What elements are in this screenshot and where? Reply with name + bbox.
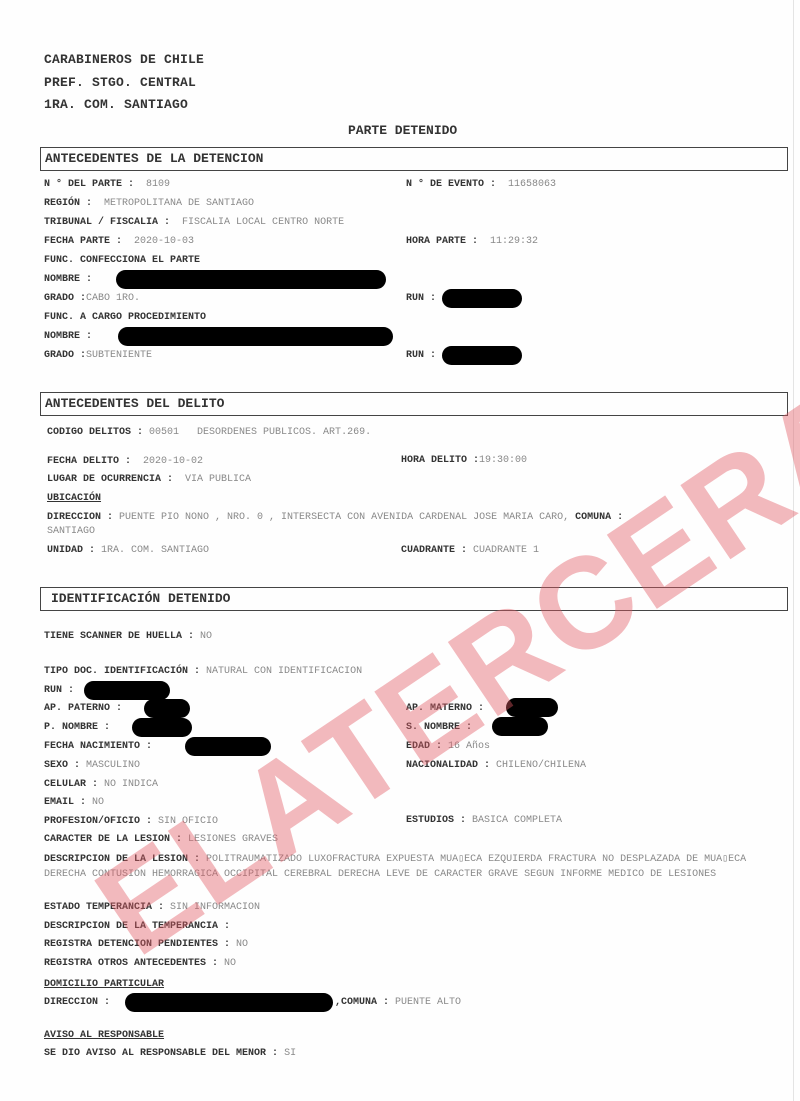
field-descripcion-lesion: DESCRIPCION DE LA LESION : POLITRAUMATIZ… xyxy=(44,853,766,882)
label: FECHA DELITO : xyxy=(47,456,131,467)
field-cuadrante: CUADRANTE : CUADRANTE 1 xyxy=(401,545,539,557)
field-registra-otros: REGISTRA OTROS ANTECEDENTES : NO xyxy=(44,958,236,970)
label-run-1: RUN : xyxy=(406,293,436,305)
label: HORA PARTE : xyxy=(406,236,478,247)
label-run-detenido: RUN : xyxy=(44,685,74,697)
value: 2020-10-03 xyxy=(134,236,194,247)
field-aviso-responsable: SE DIO AVISO AL RESPONSABLE DEL MENOR : … xyxy=(44,1048,296,1060)
redaction-bar xyxy=(118,327,393,346)
section-header-detenido: IDENTIFICACIÓN DETENIDO xyxy=(40,587,788,611)
page-edge xyxy=(793,0,794,1101)
label: COMUNA : xyxy=(575,512,623,523)
header-commissary: 1RA. COM. SANTIAGO xyxy=(44,97,188,112)
header-prefecture: PREF. STGO. CENTRAL xyxy=(44,75,196,90)
label: ESTADO TEMPERANCIA : xyxy=(44,902,164,913)
value: BASICA COMPLETA xyxy=(472,815,562,826)
field-estado-temperancia: ESTADO TEMPERANCIA : SIN INFORMACION xyxy=(44,902,260,914)
value: SUBTENIENTE xyxy=(86,350,152,361)
label: ,COMUNA : xyxy=(335,997,389,1008)
subheading-func-cargo: FUNC. A CARGO PROCEDIMIENTO xyxy=(44,312,206,324)
redaction-bar xyxy=(506,698,558,717)
label: CARACTER DE LA LESION : xyxy=(44,834,182,845)
field-celular: CELULAR : NO INDICA xyxy=(44,779,158,791)
value: SIN OFICIO xyxy=(158,816,218,827)
value-comuna: SANTIAGO xyxy=(47,526,95,538)
value: CABO 1RO. xyxy=(86,293,140,304)
field-fecha-parte: FECHA PARTE : 2020-10-03 xyxy=(44,236,194,248)
label-dom-direccion: DIRECCION : xyxy=(44,997,110,1009)
label: GRADO : xyxy=(44,350,86,361)
redaction-bar xyxy=(442,289,522,308)
field-direccion: DIRECCION : PUENTE PIO NONO , NRO. 0 , I… xyxy=(47,512,623,524)
label: N ° DEL PARTE : xyxy=(44,179,134,190)
value: 16 Años xyxy=(448,741,490,752)
field-dom-comuna: ,COMUNA : PUENTE ALTO xyxy=(335,997,461,1009)
value: 1RA. COM. SANTIAGO xyxy=(101,545,209,556)
header-institution: CARABINEROS DE CHILE xyxy=(44,52,204,67)
label-s-nombre: S. NOMBRE : xyxy=(406,722,472,734)
redaction-bar xyxy=(492,717,548,736)
value: CHILENO/CHILENA xyxy=(496,760,586,771)
label: TIENE SCANNER DE HUELLA : xyxy=(44,631,194,642)
field-tribunal: TRIBUNAL / FISCALIA : FISCALIA LOCAL CEN… xyxy=(44,217,344,229)
label: ESTUDIOS : xyxy=(406,815,466,826)
label: SEXO : xyxy=(44,760,80,771)
value: 19:30:00 xyxy=(479,455,527,466)
redaction-bar xyxy=(144,699,190,718)
label-nombre-2: NOMBRE : xyxy=(44,331,92,343)
field-hora-parte: HORA PARTE : 11:29:32 xyxy=(406,236,538,248)
label: REGISTRA OTROS ANTECEDENTES : xyxy=(44,958,218,969)
label: TRIBUNAL / FISCALIA : xyxy=(44,217,170,228)
label-nombre-1: NOMBRE : xyxy=(44,274,92,286)
label-p-nombre: P. NOMBRE : xyxy=(44,722,110,734)
section-header-delito: ANTECEDENTES DEL DELITO xyxy=(40,392,788,416)
field-registra-detencion: REGISTRA DETENCION PENDIENTES : NO xyxy=(44,939,248,951)
value: SI xyxy=(284,1048,296,1059)
redaction-bar xyxy=(125,993,333,1012)
label: LUGAR DE OCURRENCIA : xyxy=(47,474,173,485)
redaction-bar xyxy=(132,718,192,737)
value: 00501 DESORDENES PUBLICOS. ART.269. xyxy=(149,427,371,438)
label: REGIÓN : xyxy=(44,198,92,209)
label: UNIDAD : xyxy=(47,545,95,556)
label: EMAIL : xyxy=(44,797,86,808)
label-ap-materno: AP. MATERNO : xyxy=(406,703,484,715)
label: DIRECCION : xyxy=(47,512,113,523)
redaction-bar xyxy=(442,346,522,365)
field-estudios: ESTUDIOS : BASICA COMPLETA xyxy=(406,815,562,827)
subheading-domicilio: DOMICILIO PARTICULAR xyxy=(44,979,164,991)
field-unidad: UNIDAD : 1RA. COM. SANTIAGO xyxy=(47,545,209,557)
label: NACIONALIDAD : xyxy=(406,760,490,771)
label: REGISTRA DETENCION PENDIENTES : xyxy=(44,939,230,950)
section-header-detencion: ANTECEDENTES DE LA DETENCION xyxy=(40,147,788,171)
subheading-ubicacion: UBICACIÓN xyxy=(47,493,101,505)
value: VIA PUBLICA xyxy=(185,474,251,485)
label: EDAD : xyxy=(406,741,442,752)
field-grado-1: GRADO :CABO 1RO. xyxy=(44,293,140,305)
value: LESIONES GRAVES xyxy=(188,834,278,845)
field-profesion: PROFESION/OFICIO : SIN OFICIO xyxy=(44,816,218,828)
value: NO xyxy=(200,631,212,642)
redaction-bar xyxy=(185,737,271,756)
value: METROPOLITANA DE SANTIAGO xyxy=(104,198,254,209)
label-ap-paterno: AP. PATERNO : xyxy=(44,703,122,715)
field-nacionalidad: NACIONALIDAD : CHILENO/CHILENA xyxy=(406,760,586,772)
label: HORA DELITO : xyxy=(401,455,479,466)
document-title: PARTE DETENIDO xyxy=(348,123,457,138)
subheading-aviso: AVISO AL RESPONSABLE xyxy=(44,1030,164,1042)
label: TIPO DOC. IDENTIFICACIÓN : xyxy=(44,666,200,677)
field-codigo-delitos: CODIGO DELITOS : 00501 DESORDENES PUBLIC… xyxy=(47,427,371,439)
field-fecha-delito: FECHA DELITO : 2020-10-02 xyxy=(47,456,203,468)
field-edad: EDAD : 16 Años xyxy=(406,741,490,753)
label: PROFESION/OFICIO : xyxy=(44,816,152,827)
field-region: REGIÓN : METROPOLITANA DE SANTIAGO xyxy=(44,198,254,210)
value: SIN INFORMACION xyxy=(170,902,260,913)
value: PUENTE ALTO xyxy=(395,997,461,1008)
label-run-2: RUN : xyxy=(406,350,436,362)
redaction-bar xyxy=(116,270,386,289)
label-descripcion-temperancia: DESCRIPCION DE LA TEMPERANCIA : xyxy=(44,921,230,933)
value: PUENTE PIO NONO , NRO. 0 , INTERSECTA CO… xyxy=(119,512,569,523)
field-scanner-huella: TIENE SCANNER DE HUELLA : NO xyxy=(44,631,212,643)
field-email: EMAIL : NO xyxy=(44,797,104,809)
value: MASCULINO xyxy=(86,760,140,771)
label: DESCRIPCION DE LA LESION : xyxy=(44,854,200,865)
label: FECHA PARTE : xyxy=(44,236,122,247)
field-caracter-lesion: CARACTER DE LA LESION : LESIONES GRAVES xyxy=(44,834,278,846)
field-n-evento: N ° DE EVENTO : 11658063 xyxy=(406,179,556,191)
label: CUADRANTE : xyxy=(401,545,467,556)
value: 8109 xyxy=(146,179,170,190)
value: NO xyxy=(236,939,248,950)
value: NO xyxy=(224,958,236,969)
subheading-func-confecciona: FUNC. CONFECCIONA EL PARTE xyxy=(44,255,200,267)
value: NO INDICA xyxy=(104,779,158,790)
label-fecha-nacimiento: FECHA NACIMIENTO : xyxy=(44,741,152,753)
label: SE DIO AVISO AL RESPONSABLE DEL MENOR : xyxy=(44,1048,278,1059)
field-n-parte: N ° DEL PARTE : 8109 xyxy=(44,179,170,191)
label: GRADO : xyxy=(44,293,86,304)
value: 2020-10-02 xyxy=(143,456,203,467)
label: CODIGO DELITOS : xyxy=(47,427,143,438)
value: CUADRANTE 1 xyxy=(473,545,539,556)
value: 11:29:32 xyxy=(490,236,538,247)
value: FISCALIA LOCAL CENTRO NORTE xyxy=(182,217,344,228)
field-sexo: SEXO : MASCULINO xyxy=(44,760,140,772)
value: 11658063 xyxy=(508,179,556,190)
field-hora-delito: HORA DELITO :19:30:00 xyxy=(401,455,527,467)
label: N ° DE EVENTO : xyxy=(406,179,496,190)
field-lugar: LUGAR DE OCURRENCIA : VIA PUBLICA xyxy=(47,474,251,486)
redaction-bar xyxy=(84,681,170,700)
field-tipo-doc: TIPO DOC. IDENTIFICACIÓN : NATURAL CON I… xyxy=(44,666,362,678)
label: CELULAR : xyxy=(44,779,98,790)
document-page: CARABINEROS DE CHILE PREF. STGO. CENTRAL… xyxy=(0,0,800,1101)
value: NATURAL CON IDENTIFICACION xyxy=(206,666,362,677)
value: NO xyxy=(92,797,104,808)
field-grado-2: GRADO :SUBTENIENTE xyxy=(44,350,152,362)
